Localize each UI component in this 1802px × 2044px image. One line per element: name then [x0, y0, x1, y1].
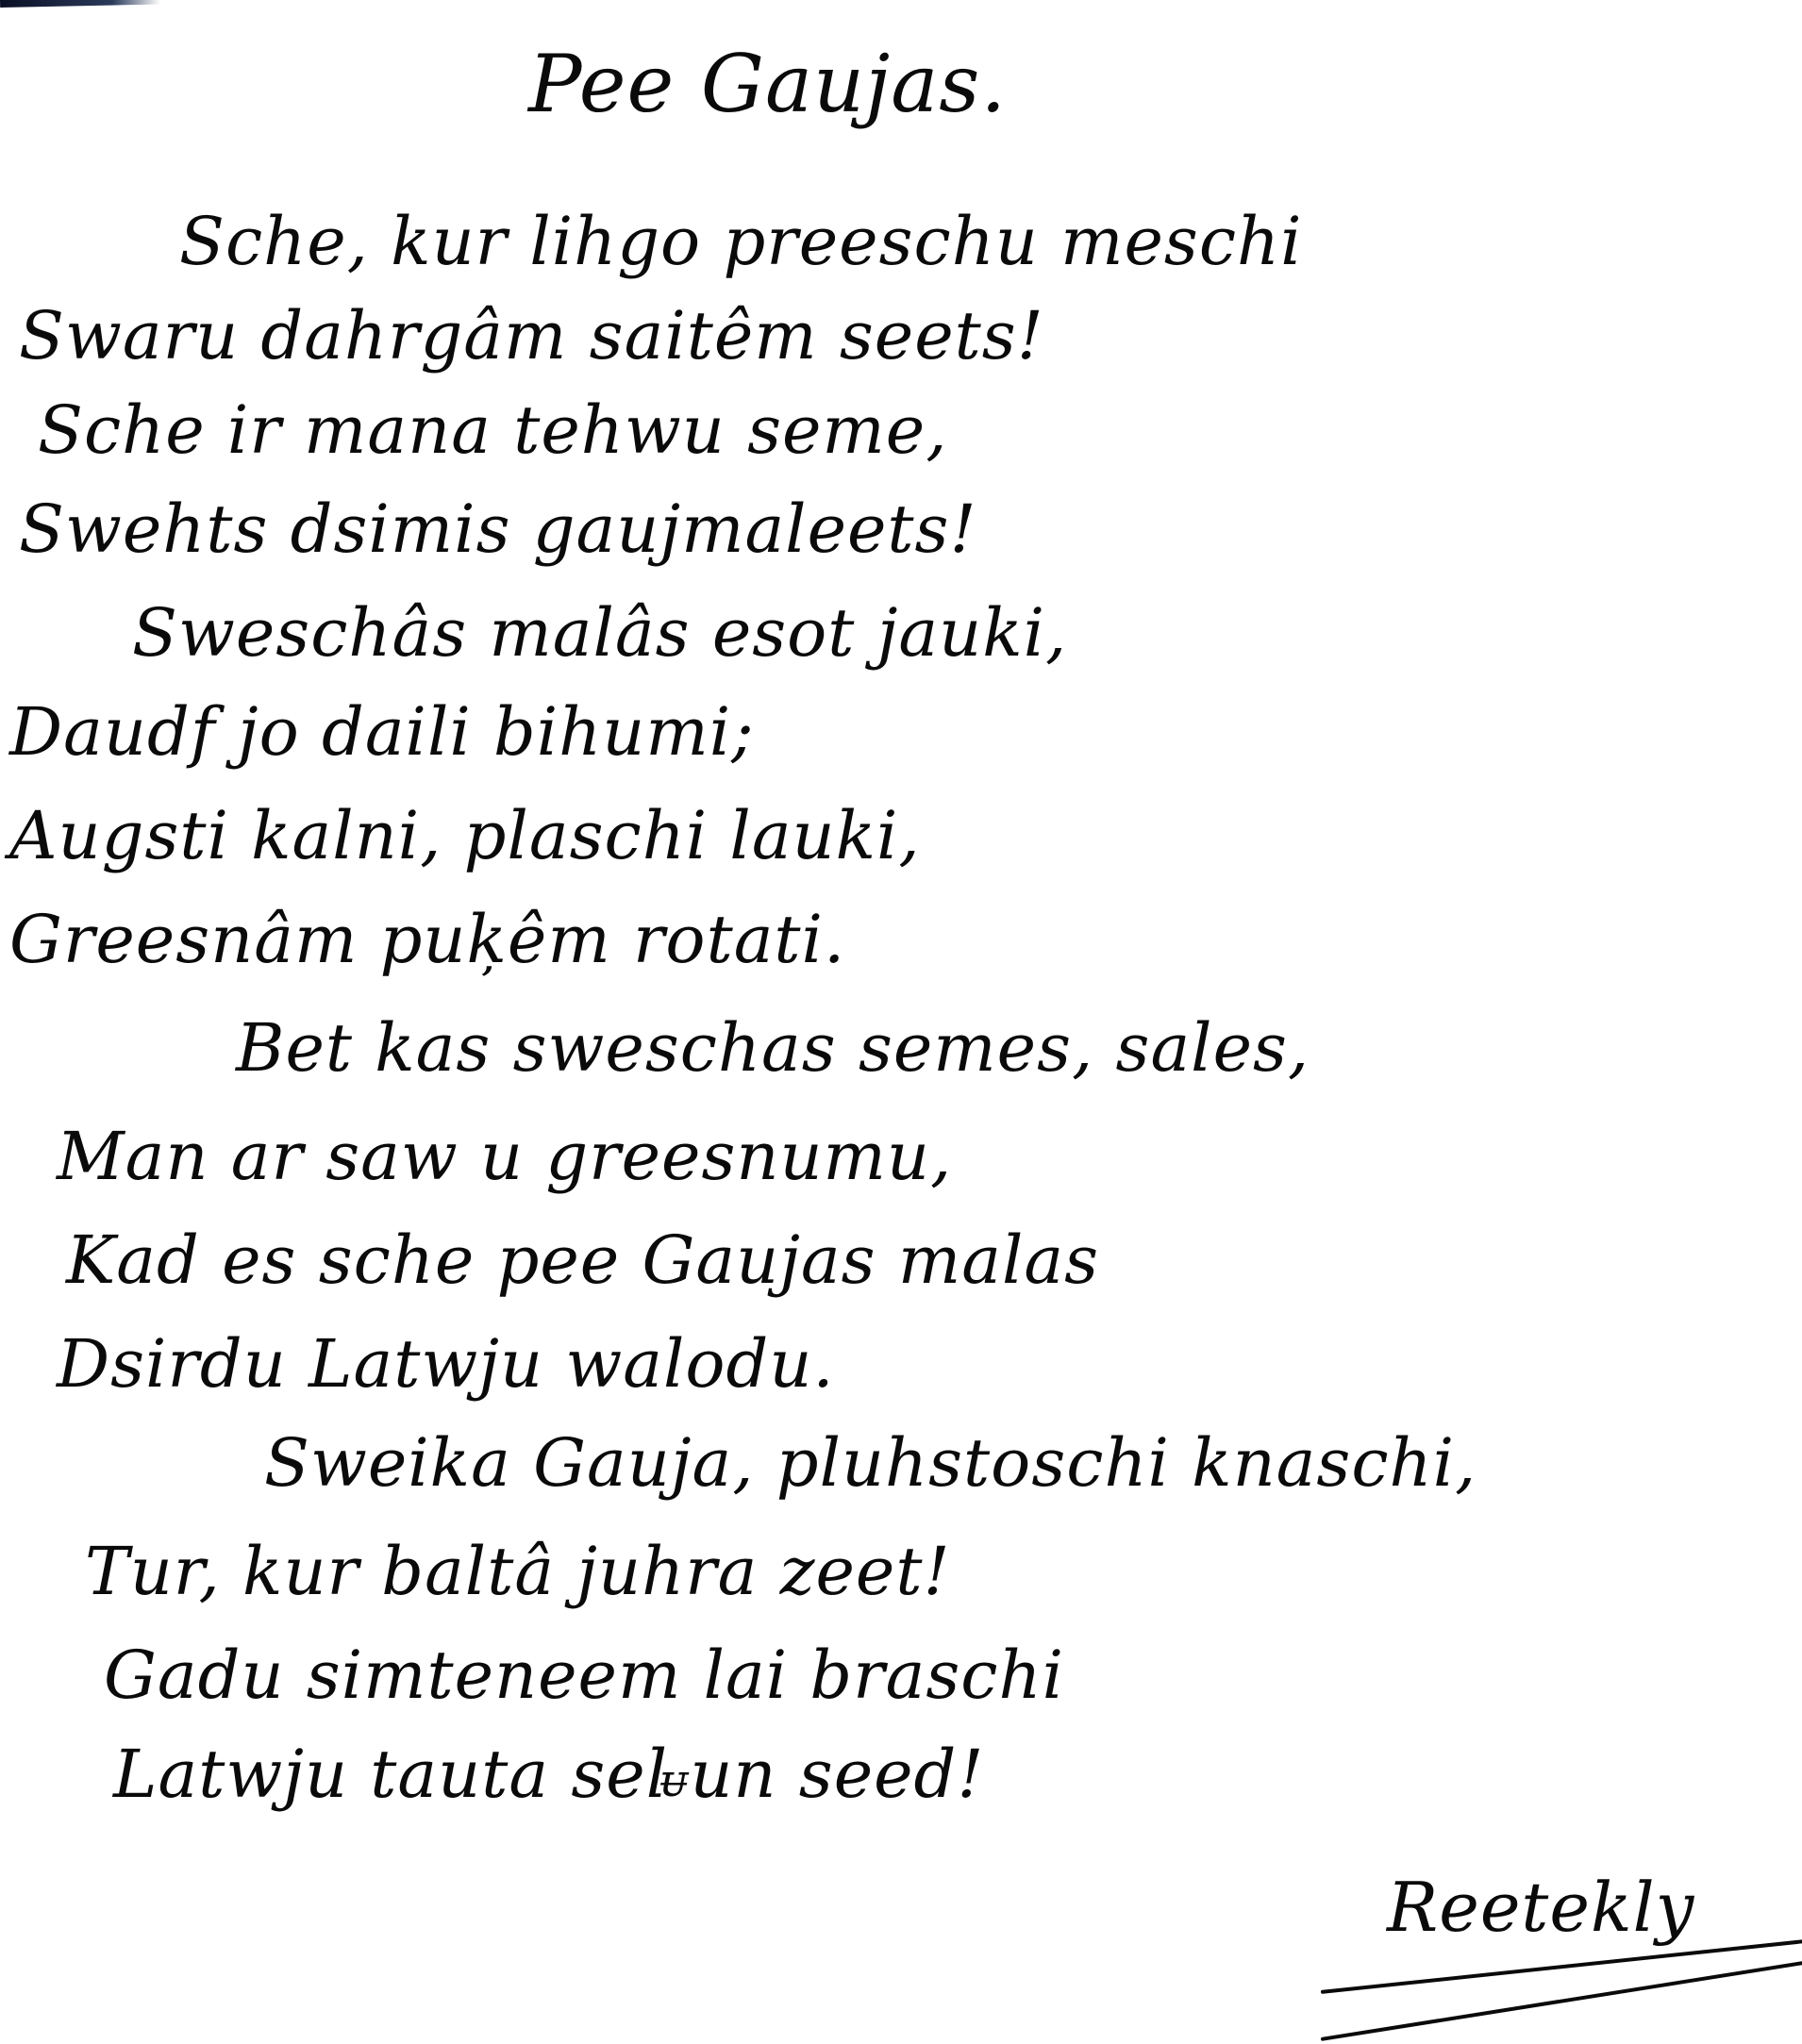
author-signature: Reetekly — [1387, 1868, 1694, 1947]
poem-line: Kad es sche pee Gaujas malas — [66, 1221, 1099, 1299]
poem-title: Pee Gaujas. — [528, 38, 1007, 130]
poem-line: Swehts dsimis gaujmaleets! — [19, 490, 977, 568]
poem-line: Sche ir mana tehwu seme, — [38, 391, 948, 469]
poem-line: Sweschâs malâs esot jauki, — [132, 594, 1067, 672]
poem-line: Bet kas sweschas semes, sales, — [236, 1009, 1310, 1087]
poem-line: Greesnâm puķêm rotati. — [9, 901, 845, 978]
signature-flourish — [1321, 1939, 1802, 1994]
scan-edge-shadow — [0, 0, 160, 8]
manuscript-page: Pee Gaujas. Sche, kur lihgo preeschu mes… — [0, 0, 1802, 2044]
poem-line: Sche, kur lihgo preeschu meschi — [179, 203, 1303, 280]
poem-line: Gadu simteneem lai braschi — [104, 1637, 1064, 1714]
page-mark: ᵾ — [660, 1754, 687, 1807]
poem-line: Swaru dahrgâm saitêm seets! — [19, 297, 1044, 374]
poem-line: Tur, kur baltâ juhra zeet! — [85, 1533, 951, 1610]
poem-line: Sweika Gauja, pluhstoschi knaschi, — [264, 1424, 1477, 1502]
poem-line: Man ar saw u greesnumu, — [57, 1118, 952, 1195]
poem-line: Latwju tauta sel un seed! — [113, 1736, 984, 1813]
poem-line: Daudf jo daili bihumi; — [9, 693, 755, 771]
signature-flourish — [1321, 1961, 1802, 2041]
poem-line: Dsirdu Latwju walodu. — [57, 1325, 835, 1403]
poem-line: Augsti kalni, plaschi lauki, — [9, 797, 921, 874]
